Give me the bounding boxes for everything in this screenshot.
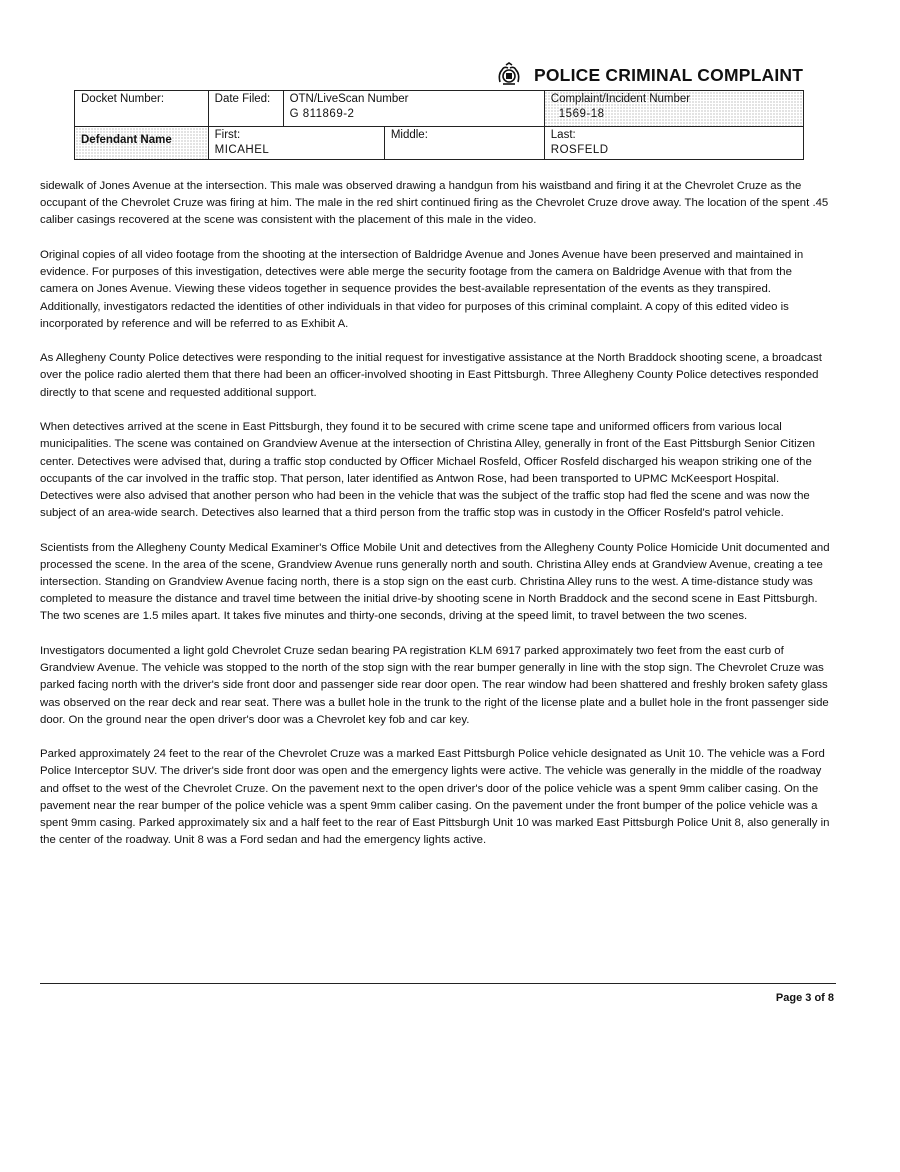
first-name-label: First: <box>215 128 378 143</box>
first-name-value: MICAHEL <box>215 143 378 158</box>
footer-divider <box>40 983 836 984</box>
document-title-block: POLICE CRIMINAL COMPLAINT <box>494 60 803 90</box>
narrative-paragraph: Scientists from the Allegheny County Med… <box>40 540 830 626</box>
complaint-header-form: Docket Number: Date Filed: OTN/LiveScan … <box>74 90 804 160</box>
last-name-cell: Last: ROSFELD <box>544 127 803 160</box>
narrative-paragraph: As Allegheny County Police detectives we… <box>40 350 830 402</box>
narrative-paragraph: sidewalk of Jones Avenue at the intersec… <box>40 178 830 230</box>
pennsylvania-seal-icon <box>494 62 524 88</box>
date-filed-cell: Date Filed: <box>208 91 283 127</box>
otn-livescan-label: OTN/LiveScan Number <box>290 92 538 107</box>
narrative-paragraph: Original copies of all video footage fro… <box>40 247 830 333</box>
last-name-value: ROSFELD <box>551 143 797 158</box>
complaint-incident-cell: Complaint/Incident Number 1569-18 <box>544 91 803 127</box>
complaint-incident-value: 1569-18 <box>551 107 797 122</box>
page-title: POLICE CRIMINAL COMPLAINT <box>534 65 803 86</box>
defendant-name-label: Defendant Name <box>81 128 202 146</box>
complaint-narrative: sidewalk of Jones Avenue at the intersec… <box>40 178 830 867</box>
otn-livescan-value: G 811869-2 <box>290 107 538 122</box>
narrative-paragraph: Parked approximately 24 feet to the rear… <box>40 746 830 849</box>
middle-name-label: Middle: <box>391 128 538 143</box>
narrative-paragraph: When detectives arrived at the scene in … <box>40 419 830 522</box>
complaint-incident-label: Complaint/Incident Number <box>551 92 797 107</box>
docket-number-cell: Docket Number: <box>75 91 209 127</box>
middle-name-cell: Middle: <box>384 127 544 160</box>
first-name-cell: First: MICAHEL <box>208 127 384 160</box>
otn-livescan-cell: OTN/LiveScan Number G 811869-2 <box>283 91 544 127</box>
narrative-paragraph: Investigators documented a light gold Ch… <box>40 643 830 729</box>
page-number: Page 3 of 8 <box>776 992 834 1004</box>
defendant-name-cell: Defendant Name <box>75 127 209 160</box>
date-filed-label: Date Filed: <box>215 92 277 107</box>
last-name-label: Last: <box>551 128 797 143</box>
docket-number-label: Docket Number: <box>81 92 202 107</box>
